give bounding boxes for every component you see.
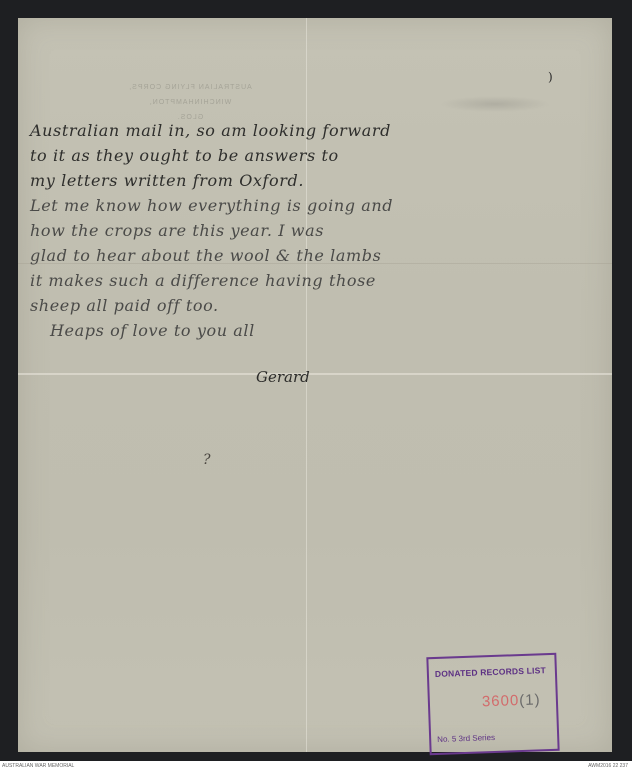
corner-mark: ): [548, 70, 553, 84]
text-line: Australian mail in, so am looking forwar…: [30, 118, 590, 143]
text-line: Let me know how everything is going and: [30, 193, 590, 218]
text-line: my letters written from Oxford.: [30, 168, 590, 193]
record-number: 3600: [482, 692, 520, 710]
donated-records-stamp: DONATED RECORDS LIST 3600(1) No. 5 3rd S…: [426, 653, 559, 755]
letterhead-line: AUSTRALIAN FLYING CORPS,: [90, 84, 290, 91]
text-line: glad to hear about the wool & the lambs: [30, 243, 590, 268]
footer-reference: AWM2016 22 237: [588, 763, 628, 769]
stamp-series: No. 5 3rd Series: [437, 733, 495, 744]
footer-bar: [0, 761, 632, 773]
stray-pen-mark: ?: [203, 452, 211, 468]
text-line: how the crops are this year. I was: [30, 218, 590, 243]
text-line: it makes such a difference having those: [30, 268, 590, 293]
text-line: sheep all paid off too.: [30, 293, 590, 318]
signature: Gerard: [256, 368, 310, 386]
footer-institution: AUSTRALIAN WAR MEMORIAL: [2, 763, 74, 769]
closing-line: Heaps of love to you all: [50, 318, 590, 343]
fold-crease-horizontal: [18, 373, 612, 375]
stamp-number: 3600(1): [482, 691, 541, 710]
stamp-title: DONATED RECORDS LIST: [435, 665, 546, 679]
record-number-suffix: (1): [519, 691, 541, 709]
wings-badge-icon: [440, 96, 550, 112]
text-line: to it as they ought to be answers to: [30, 143, 590, 168]
letterhead-line: WINCHINHAMPTON,: [90, 99, 290, 106]
handwritten-body: Australian mail in, so am looking forwar…: [30, 118, 590, 343]
